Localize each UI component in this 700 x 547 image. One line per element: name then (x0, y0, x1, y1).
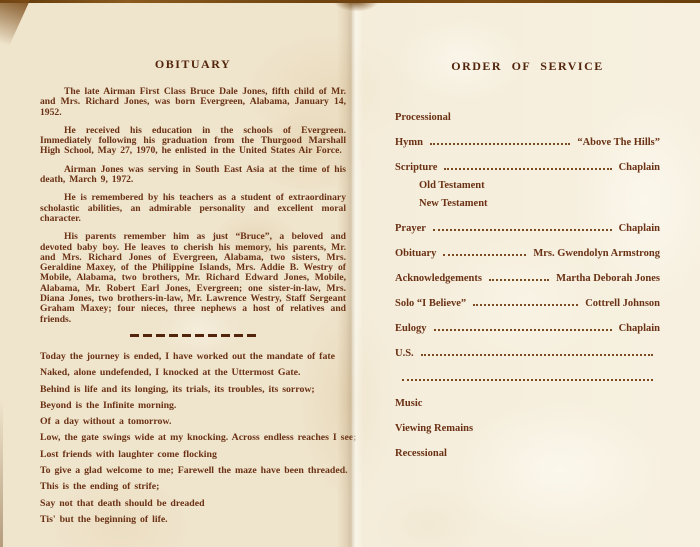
center-fold-crease (337, 0, 363, 547)
service-items: Processional Hymn “Above The Hills” Scri… (395, 109, 660, 459)
service-item-label: Eulogy (395, 323, 427, 334)
service-item-value: Cottrell Johnson (585, 298, 660, 309)
service-item: Old Testament (419, 177, 660, 191)
obituary-paragraph: The late Airman First Class Bruce Dale J… (40, 87, 346, 118)
order-of-service-page: ORDER OF SERVICE Processional Hymn “Abov… (352, 0, 700, 547)
service-item-label: Viewing Remains (395, 423, 473, 434)
dotted-leader (443, 254, 526, 256)
service-item: Solo “I Believe” Cottrell Johnson (395, 295, 660, 309)
obituary-paragraph: Airman Jones was serving in South East A… (40, 165, 346, 186)
service-item: Obituary Mrs. Gwendolyn Armstrong (395, 245, 660, 259)
service-item (395, 370, 660, 384)
poem-line: Behind is life and its longing, its tria… (40, 385, 346, 396)
poem-line: Naked, alone undefended, I knocked at th… (40, 368, 346, 379)
service-item-value: Chaplain (619, 223, 660, 234)
obituary-paragraphs: The late Airman First Class Bruce Dale J… (40, 87, 346, 325)
fold-top-stain (334, 0, 378, 11)
service-item-label: Solo “I Believe” (395, 298, 466, 309)
poem-line: Of a day without a tomorrow. (40, 417, 346, 428)
poem-line: This is the ending of strife; (40, 482, 346, 493)
service-item: U.S. (395, 345, 660, 359)
service-item: Recessional (395, 445, 660, 459)
dotted-leader (473, 304, 578, 306)
obituary-paragraph: His parents remember him as just “Bruce”… (40, 232, 346, 325)
service-item-label: Scripture (395, 162, 437, 173)
service-item: Viewing Remains (395, 420, 660, 434)
service-item-value: Chaplain (619, 323, 660, 334)
poem-line: Low, the gate swings wide at my knocking… (40, 433, 346, 444)
dotted-leader (444, 168, 611, 170)
service-item-label: Old Testament (419, 180, 485, 191)
service-item-value: “Above The Hills” (577, 137, 660, 148)
poem-line: Tis' but the beginning of life. (40, 515, 346, 526)
obituary-paragraph: He received his education in the schools… (40, 126, 346, 157)
service-item: Music (395, 395, 660, 409)
poem-line: Today the journey is ended, I have worke… (40, 352, 346, 363)
service-item-value: Mrs. Gwendolyn Armstrong (533, 248, 660, 259)
scan-left-edge (0, 400, 3, 547)
service-item-label: Hymn (395, 137, 423, 148)
service-item-label: Processional (395, 112, 451, 123)
poem-line: Beyond is the Infinite morning. (40, 401, 346, 412)
service-item: Hymn “Above The Hills” (395, 134, 660, 148)
service-item-label: Prayer (395, 223, 426, 234)
dotted-leader (430, 143, 570, 145)
service-item: Scripture Chaplain (395, 159, 660, 173)
obituary-paragraph: He is remembered by his teachers as a st… (40, 193, 346, 224)
obituary-title: OBITUARY (40, 58, 346, 71)
service-item: Eulogy Chaplain (395, 320, 660, 334)
service-item-label: Acknowledgements (395, 273, 482, 284)
dotted-leader (402, 379, 653, 381)
service-item-label: Music (395, 398, 422, 409)
service-item-label: Recessional (395, 448, 447, 459)
service-item: New Testament (419, 195, 660, 209)
dotted-leader (433, 229, 612, 231)
service-item-value: Martha Deborah Jones (556, 273, 660, 284)
service-item-label: U.S. (395, 348, 414, 359)
service-item: Acknowledgements Martha Deborah Jones (395, 270, 660, 284)
service-item: Processional (395, 109, 660, 123)
service-item-value: Chaplain (619, 162, 660, 173)
dashed-divider (130, 334, 256, 337)
poem-line: To give a glad welcome to me; Farewell t… (40, 466, 346, 477)
obituary-page: OBITUARY The late Airman First Class Bru… (0, 0, 352, 547)
service-item: Prayer Chaplain (395, 220, 660, 234)
service-item-label: Obituary (395, 248, 436, 259)
service-item-label: New Testament (419, 198, 488, 209)
poem-line: Say not that death should be dreaded (40, 499, 346, 510)
memorial-poem: Today the journey is ended, I have worke… (40, 352, 346, 525)
scanned-funeral-program: OBITUARY The late Airman First Class Bru… (0, 0, 700, 547)
poem-line: Lost friends with laughter come flocking (40, 450, 346, 461)
dotted-leader (489, 279, 549, 281)
dotted-leader (434, 329, 612, 331)
dotted-leader (421, 354, 653, 356)
order-of-service-title: ORDER OF SERVICE (395, 60, 660, 73)
